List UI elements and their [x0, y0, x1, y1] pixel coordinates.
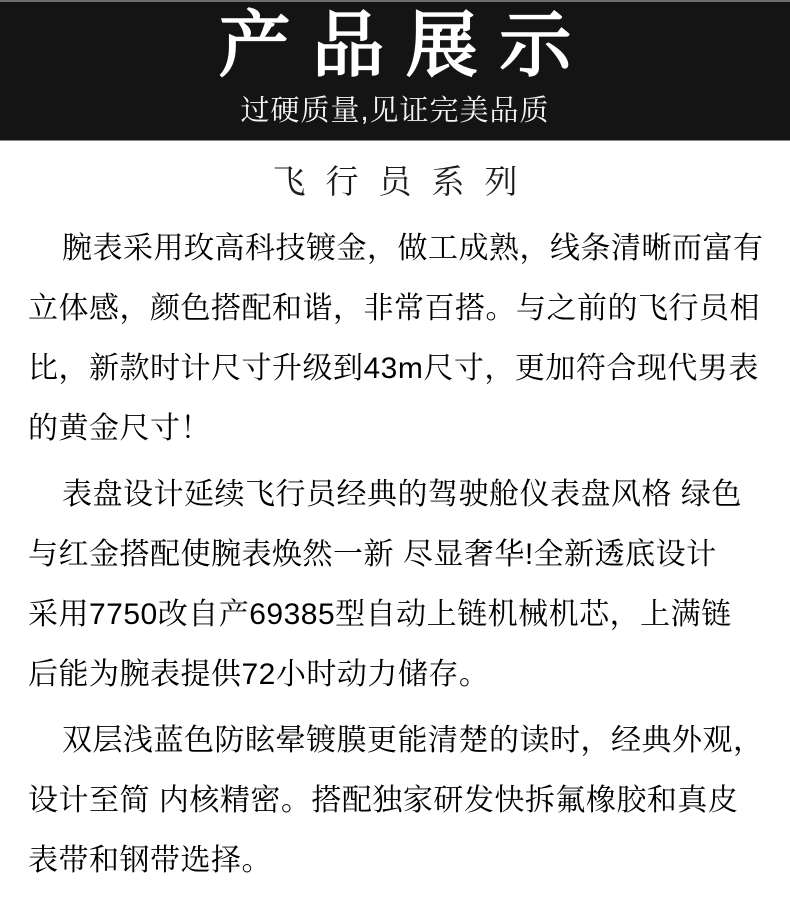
- product-display-page: 产品展示 过硬质量,见证完美品质 飞行员系列 腕表采用玫高科技镀金，做工成熟，线…: [0, 0, 790, 905]
- product-description: 飞行员系列 腕表采用玫高科技镀金，做工成熟，线条清晰而富有立体感，颜色搭配和谐，…: [0, 163, 790, 891]
- text-line: 的黄金尺寸！: [28, 399, 762, 459]
- text-line: 后能为腕表提供72小时动力储存。: [28, 645, 762, 705]
- text-line: 表带和钢带选择。: [28, 831, 762, 891]
- text-line: 双层浅蓝色防眩晕镀膜更能清楚的读时，经典外观，: [28, 711, 762, 771]
- paragraph: 腕表采用玫高科技镀金，做工成熟，线条清晰而富有立体感，颜色搭配和谐，非常百搭。与…: [28, 219, 762, 459]
- text-line: 与红金搭配使腕表焕然一新 尽显奢华!全新透底设计: [28, 525, 762, 585]
- text-line: 比，新款时计尺寸升级到43m尺寸，更加符合现代男表: [28, 339, 762, 399]
- paragraph: 表盘设计延续飞行员经典的驾驶舱仪表盘风格 绿色与红金搭配使腕表焕然一新 尽显奢华…: [28, 465, 762, 705]
- text-line: 立体感，颜色搭配和谐，非常百搭。与之前的飞行员相: [28, 279, 762, 339]
- text-line: 腕表采用玫高科技镀金，做工成熟，线条清晰而富有: [28, 219, 762, 279]
- text-line: 设计至简 内核精密。搭配独家研发快拆氟橡胶和真皮: [28, 771, 762, 831]
- banner-title: 产品展示: [0, 4, 790, 88]
- banner-subtitle: 过硬质量,见证完美品质: [0, 94, 790, 128]
- series-heading: 飞行员系列: [0, 163, 790, 201]
- paragraphs: 腕表采用玫高科技镀金，做工成熟，线条清晰而富有立体感，颜色搭配和谐，非常百搭。与…: [0, 219, 790, 891]
- banner: 产品展示 过硬质量,见证完美品质: [0, 0, 790, 141]
- text-line: 采用7750改自产69385型自动上链机械机芯，上满链: [28, 585, 762, 645]
- paragraph: 双层浅蓝色防眩晕镀膜更能清楚的读时，经典外观，设计至简 内核精密。搭配独家研发快…: [28, 711, 762, 891]
- text-line: 表盘设计延续飞行员经典的驾驶舱仪表盘风格 绿色: [28, 465, 762, 525]
